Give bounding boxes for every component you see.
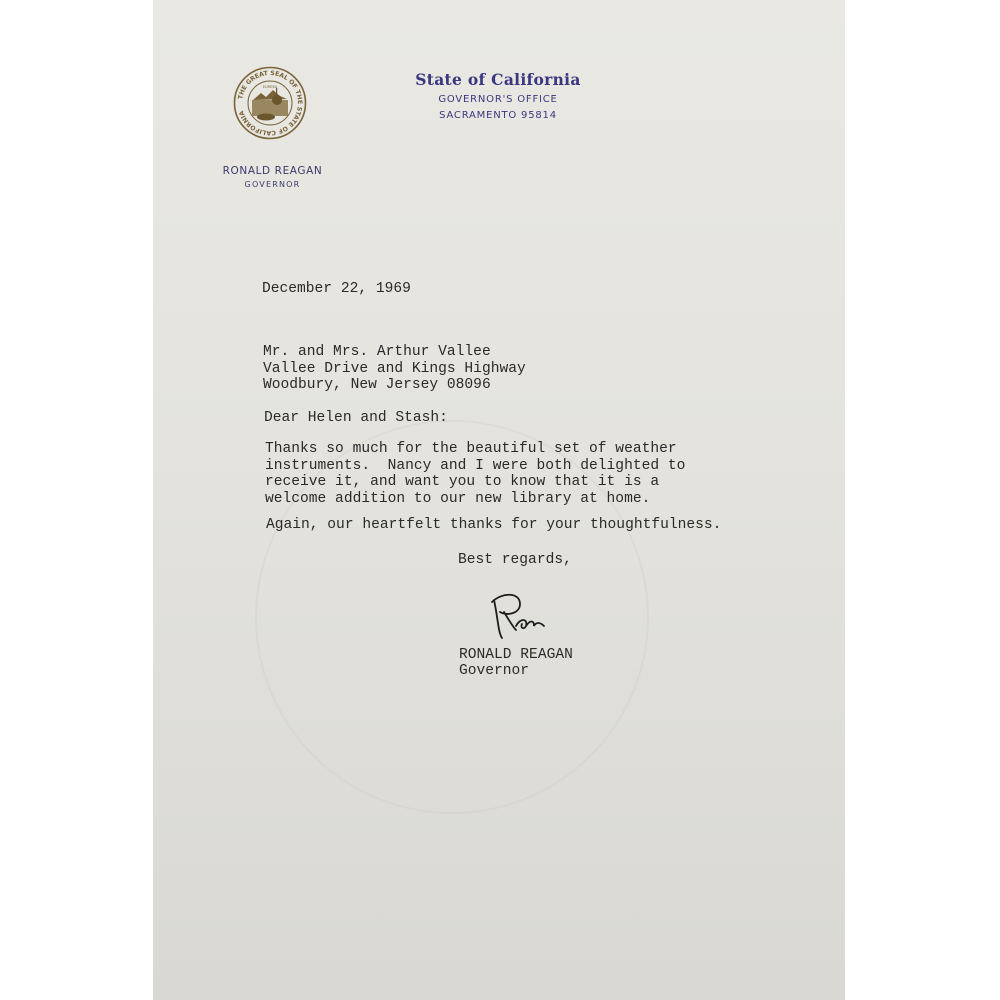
state-title: State of California bbox=[412, 70, 584, 89]
sender-title: GOVERNOR bbox=[200, 180, 345, 189]
letter-date: December 22, 1969 bbox=[262, 281, 411, 298]
recipient-address: Mr. and Mrs. Arthur Vallee Vallee Drive … bbox=[263, 344, 526, 394]
letterhead: State of California GOVERNOR'S OFFICE SA… bbox=[412, 70, 584, 121]
salutation: Dear Helen and Stash: bbox=[264, 410, 448, 427]
handwritten-signature-icon bbox=[480, 588, 550, 648]
office-line: GOVERNOR'S OFFICE bbox=[412, 94, 584, 105]
signer-name: RONALD REAGAN bbox=[459, 647, 573, 664]
city-zip-line: SACRAMENTO 95814 bbox=[412, 110, 584, 121]
closing: Best regards, bbox=[458, 552, 572, 569]
body-paragraph-1: Thanks so much for the beautiful set of … bbox=[265, 441, 685, 507]
signer-title: Governor bbox=[459, 663, 529, 680]
sender-name: RONALD REAGAN bbox=[200, 165, 345, 177]
body-paragraph-2: Again, our heartfelt thanks for your tho… bbox=[266, 517, 721, 534]
great-seal-of-california-icon: THE GREAT SEAL OF THE STATE OF CALIFORNI… bbox=[233, 66, 307, 140]
svg-text:EUREKA: EUREKA bbox=[263, 85, 278, 89]
